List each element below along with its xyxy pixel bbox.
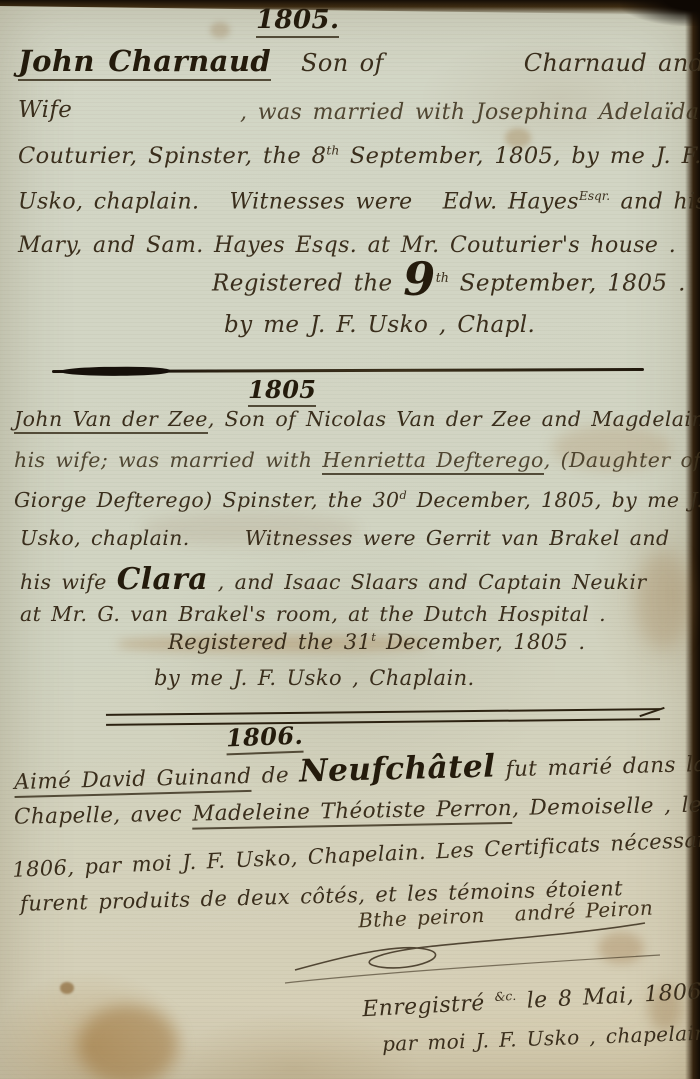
entry-vanderzee-registered: Registered the 31t December, 1805 . [168, 630, 585, 654]
double-divider-rule [106, 708, 660, 726]
son-of-label: Son of [301, 49, 384, 77]
groom-name: John Van der Zee [14, 407, 208, 434]
entry-vanderzee-line-3: Giorge Defterego) Spinster, the 30d Dece… [14, 488, 700, 512]
stain [210, 22, 230, 38]
big-nine: 9 [403, 252, 435, 306]
place-name-neufchatel: Neufchâtel [299, 748, 496, 789]
entry-guinand-signature: par moi J. F. Usko , chapelain . [382, 1020, 700, 1056]
entry-charnaud-line-2: Wife [18, 97, 72, 123]
entry-charnaud-line-2b: , was married with Josephina Adelaïda [240, 100, 699, 125]
entry-charnaud-signature: by me J. F. Usko , Chapl. [224, 312, 535, 338]
entry-vanderzee-line-1: John Van der Zee, Son of Nicolas Van der… [14, 407, 700, 431]
entry-vanderzee-signature: by me J. F. Usko , Chaplain. [154, 666, 475, 690]
page-edge-corner [620, 0, 700, 26]
etc-abbreviation: &c. [494, 989, 516, 1004]
groom-name: Aimé David Guinand [14, 764, 252, 798]
father-surname: Charnaud and his [524, 49, 700, 77]
stain [60, 982, 74, 994]
stain [78, 1005, 178, 1079]
groom-name: John Charnaud [18, 44, 271, 81]
married-with-text: , was married with Josephina Adelaïda [240, 100, 699, 125]
signature-flourish [275, 915, 665, 985]
bride-name: Madeleine Théotiste Perron [192, 796, 512, 830]
bride-name: Henrietta Defterego [322, 448, 543, 475]
entry-vanderzee-line-2: his wife; was married with Henrietta Def… [14, 448, 700, 472]
witness-name-clara: Clara [117, 562, 208, 597]
register-page: 1805. John CharnaudSon ofCharnaud and hi… [0, 0, 700, 1079]
entry-charnaud-line-5: Mary, and Sam. Hayes Esqs. at Mr. Coutur… [18, 233, 676, 258]
entry-charnaud-line-3: Couturier, Spinster, the 8th September, … [18, 143, 700, 169]
year-text: 1805. [256, 5, 339, 38]
entry-guinand-line-1: Aimé David Guinand de Neufchâtel fut mar… [14, 743, 700, 797]
entry-charnaud-registered: Registered the 9th September, 1805 . [212, 270, 686, 297]
entry-vanderzee-line-5: his wife Clara , and Isaac Slaars and Ca… [20, 562, 647, 597]
year-heading-1805-mid: 1805 [248, 375, 316, 404]
entry-charnaud-line-4: Usko, chaplain.Witnesses wereEdw. HayesE… [18, 189, 700, 214]
entry-guinand-registered: Enregistré &c. le 8 Mai, 1806 [362, 979, 700, 1022]
entry-vanderzee-line-6: at Mr. G. van Brakel's room, at the Dutc… [20, 602, 606, 626]
entry-vanderzee-line-4: Usko, chaplain.Witnesses were Gerrit van… [20, 526, 669, 550]
year-heading-1806: 1806. [226, 721, 304, 753]
entry-guinand-line-3: 1806, par moi J. F. Usko, Chapelain. Les… [12, 826, 700, 882]
page-edge-top [0, 0, 700, 15]
entry-guinand-line-2: Chapelle, avec Madeleine Théotiste Perro… [14, 791, 700, 829]
year-heading-1805-top: 1805. [256, 5, 339, 35]
divider-rule [52, 368, 644, 373]
entry-charnaud-line-1: John CharnaudSon ofCharnaud and his [18, 44, 700, 78]
wife-label: Wife [18, 97, 72, 123]
